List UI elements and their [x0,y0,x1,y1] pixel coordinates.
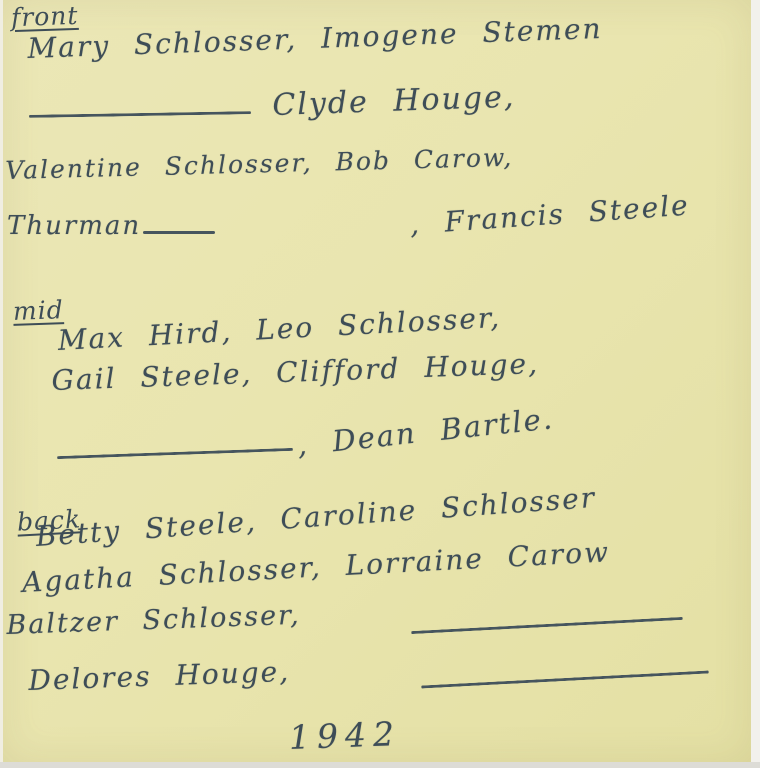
names-text: Mary Schlosser, Imogene Stemen [27,12,603,65]
names-text: Delores Houge, [28,655,291,697]
section-label-mid: mid [13,295,65,326]
names-text: , Francis Steele [409,189,691,241]
year-text: 1942 [288,714,401,757]
names-text: Gail Steele, Clifford Houge, [51,347,539,397]
names-text: Thurman [7,211,141,241]
year-label: 1942 [289,716,401,755]
blank-line [143,231,215,234]
names-text: Baltzer Schlosser, [6,600,301,641]
handwritten-line: Baltzer Schlosser, [7,610,683,641]
names-text: , Dean Bartle. [295,401,555,462]
handwritten-line: Clyde Houge, [29,88,516,123]
handwritten-line: Gail Steele, Clifford Houge, [51,347,539,397]
handwritten-line: Mary Schlosser, Imogene Stemen [27,12,603,65]
names-text: Valentine Schlosser, Bob Carow, [5,143,514,185]
handwritten-line: Delores Houge, [29,664,709,697]
scan-edge-left [0,0,3,768]
scan-edge-right [751,0,760,768]
section-label-text: mid [13,295,65,326]
photo-note-paper: front Mary Schlosser, Imogene Stemen Cly… [3,0,751,762]
scan-edge-bottom [0,762,760,768]
blank-line [29,111,251,118]
blank-line [57,448,293,459]
blank-line [421,670,709,688]
handwritten-line: Max Hird, Leo Schlosser, [57,301,502,357]
section-label-text: front [11,1,79,32]
names-text: Clyde Houge, [272,80,516,123]
section-label-front: front [11,1,79,32]
handwritten-line: Thurman , Francis Steele [7,208,692,241]
blank-line [411,617,683,634]
scanned-note: front Mary Schlosser, Imogene Stemen Cly… [0,0,760,768]
names-text: Max Hird, Leo Schlosser, [57,301,502,357]
handwritten-line: Valentine Schlosser, Bob Carow, [5,143,514,185]
handwritten-line: , Dean Bartle. [57,428,557,462]
